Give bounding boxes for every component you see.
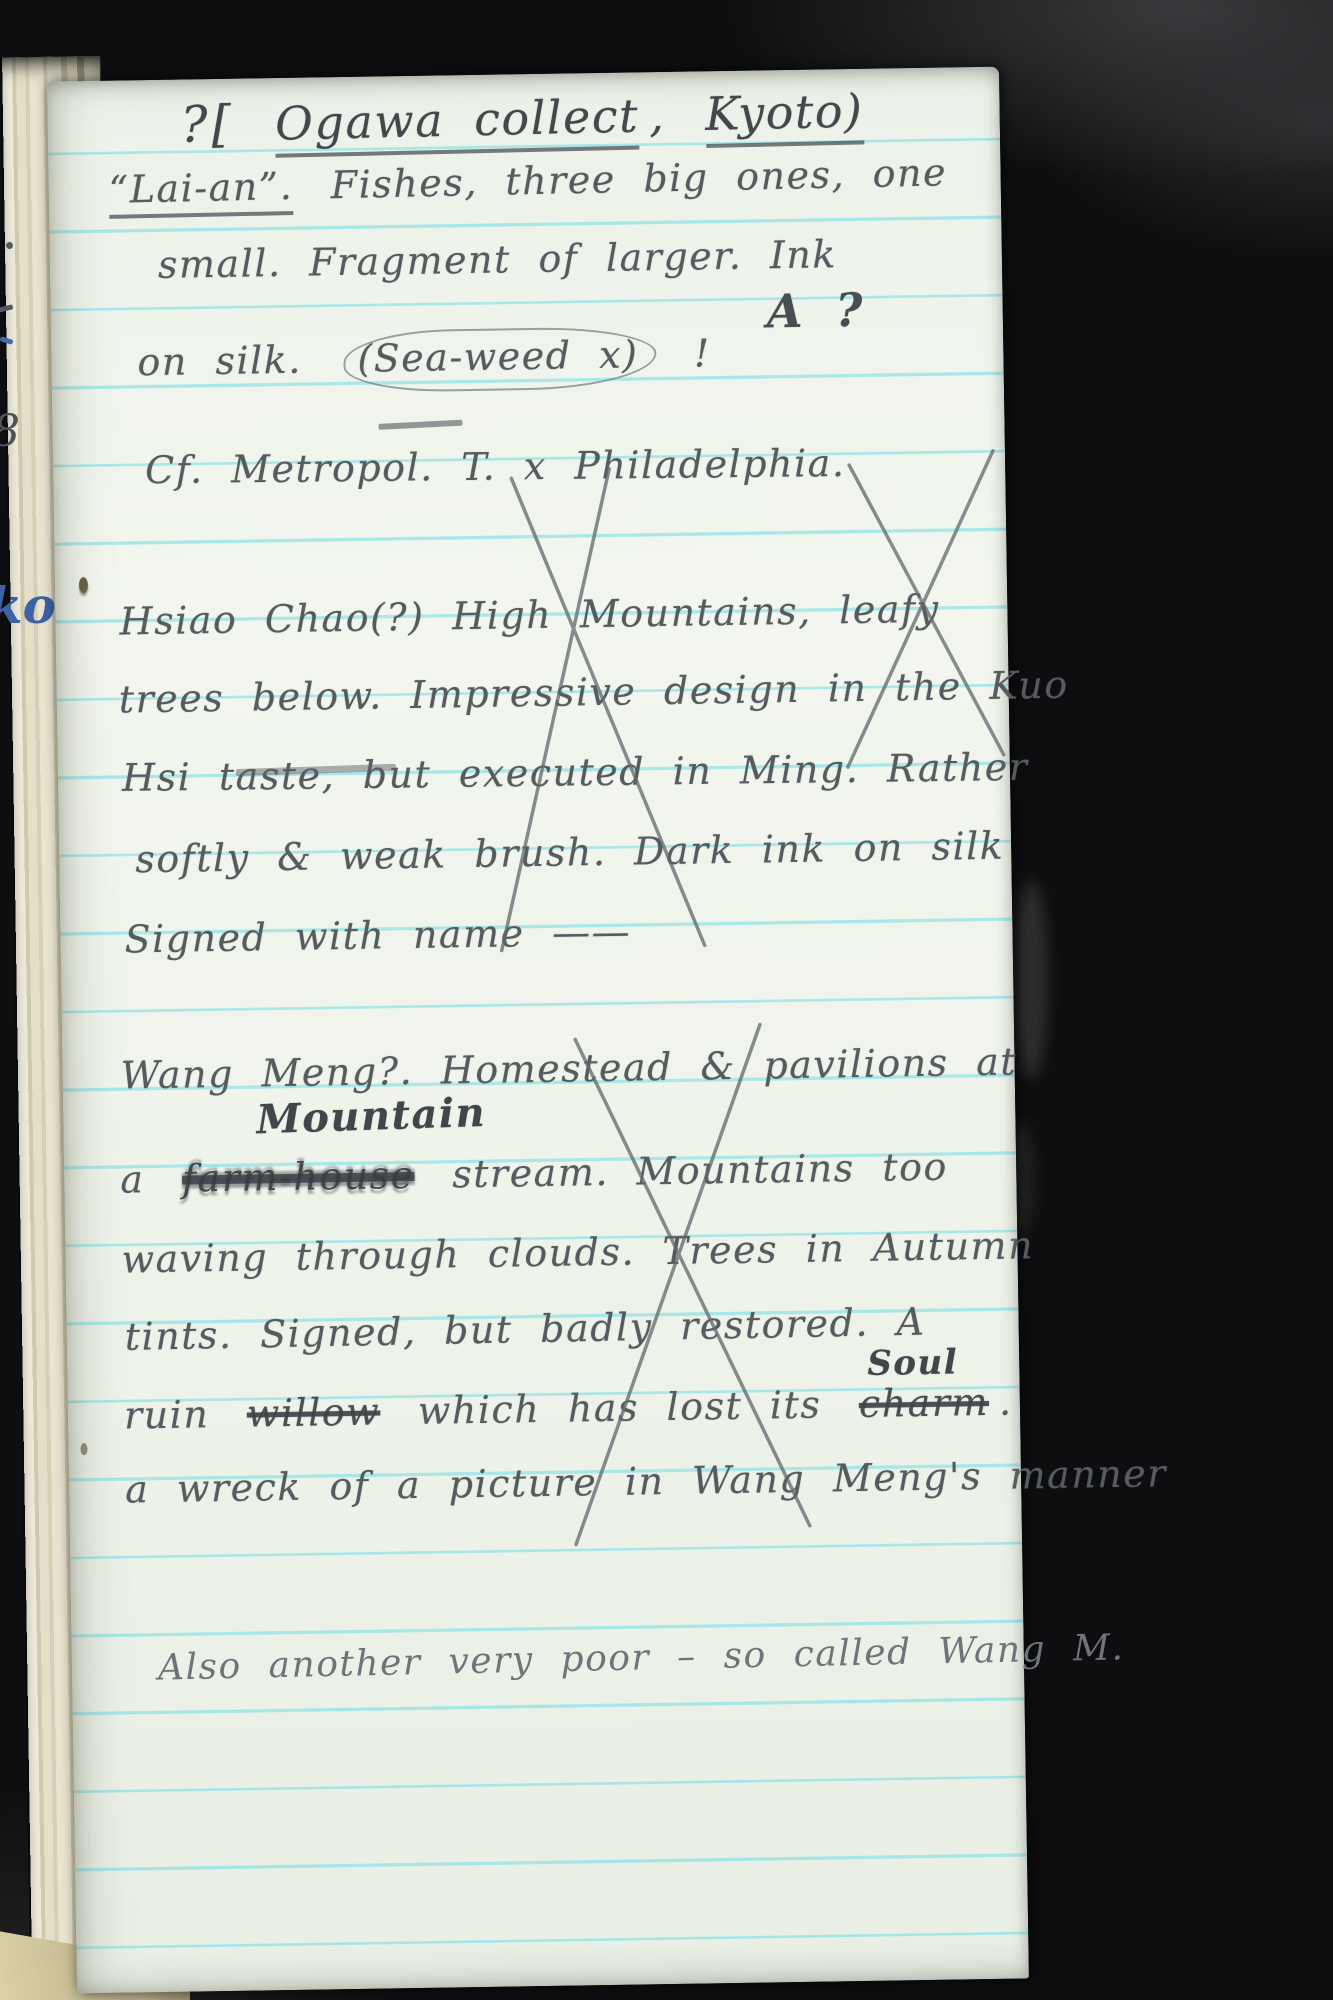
photo-background: 8 ko ?[ Ogawa collect, Kyoto) “Lai-an”. …	[0, 0, 1333, 2000]
margin-pencil-fragment: 8	[0, 406, 20, 457]
crossout-x-marks	[47, 67, 1029, 1994]
margin-blue-ink-fragment: ko	[0, 576, 56, 635]
notebook-page: ?[ Ogawa collect, Kyoto) “Lai-an”. Fishe…	[47, 67, 1029, 1994]
page-edge-smudge	[1014, 880, 1048, 1080]
pencil-dot	[6, 242, 13, 249]
